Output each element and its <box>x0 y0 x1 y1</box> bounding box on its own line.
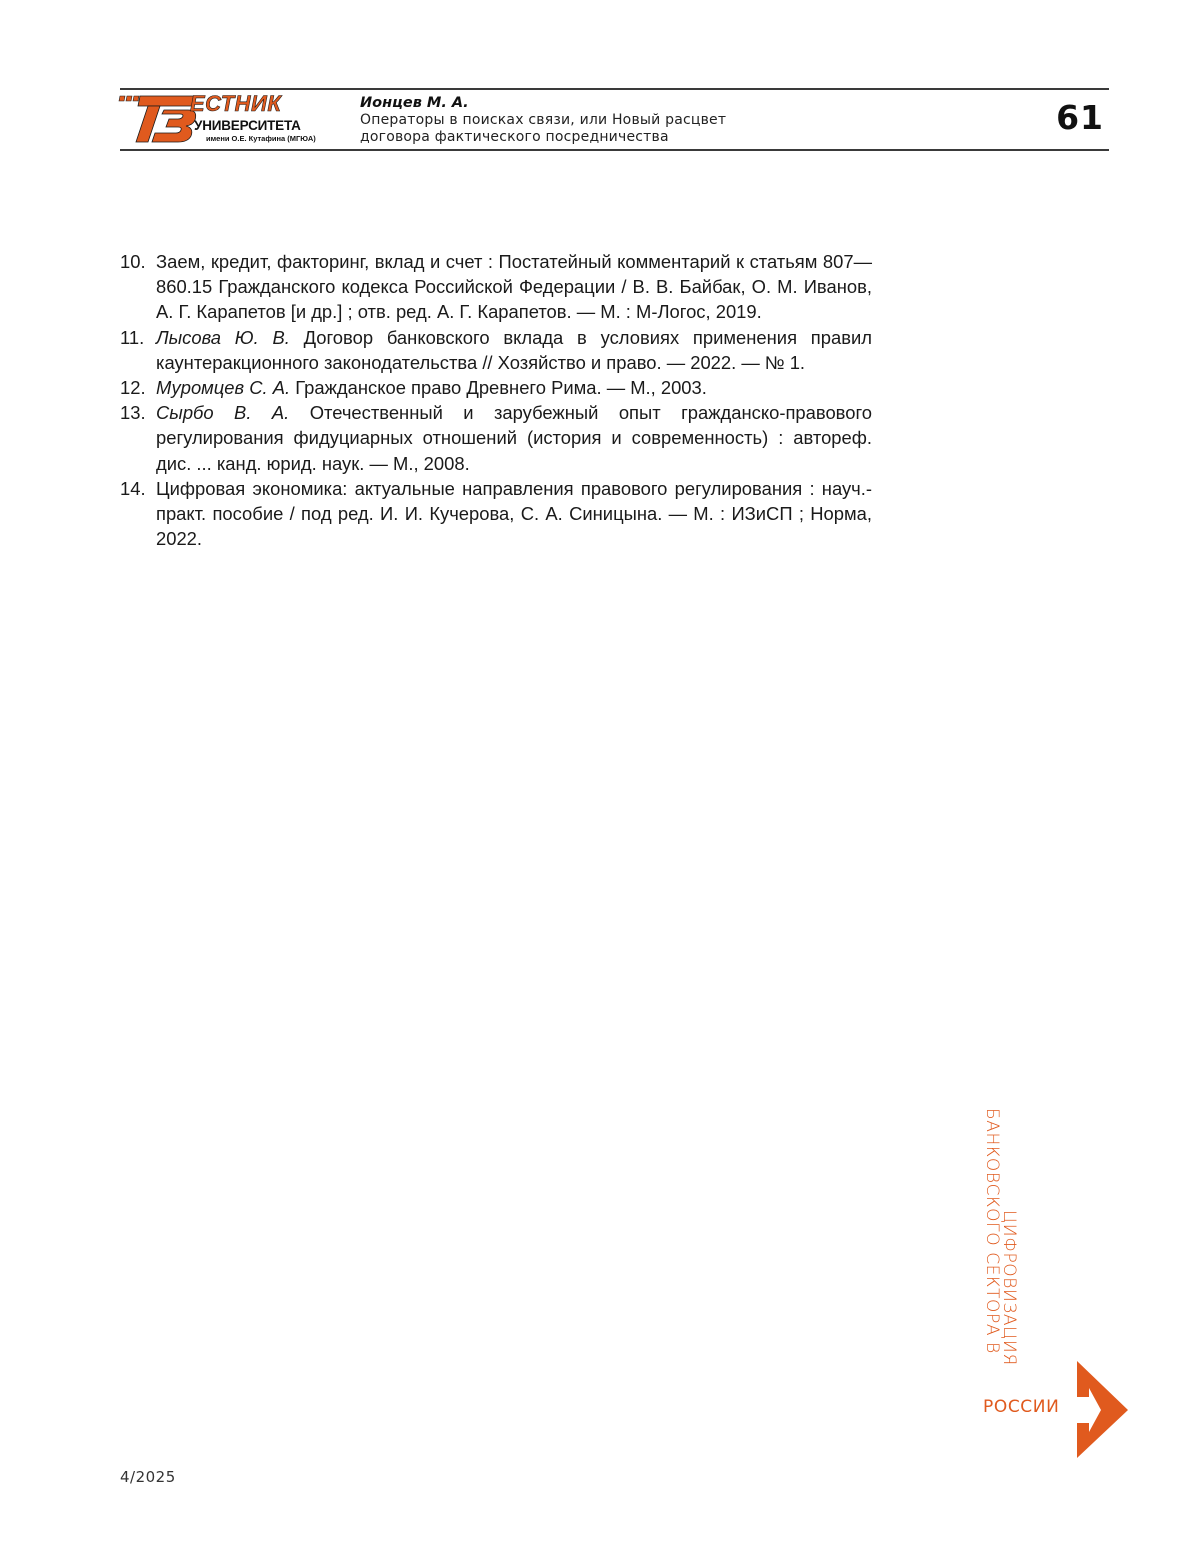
reference-text: Цифровая экономика: актуальные направлен… <box>156 478 872 549</box>
reference-number: 11. <box>120 325 144 350</box>
reference-item: 13.Сырбо В. А. Отечественный и зарубежны… <box>120 400 872 476</box>
header-top-rule <box>120 88 1109 90</box>
logo-subtitle-university: имени О.Е. Кутафина (МГЮА) <box>206 135 316 143</box>
page-number: 61 <box>1056 98 1104 138</box>
reference-number: 12. <box>120 375 146 400</box>
reference-author: Лысова Ю. В. <box>156 327 290 348</box>
running-head-title-line2: договора фактического посредничества <box>360 129 880 146</box>
reference-item: 14.Цифровая экономика: актуальные направ… <box>120 476 872 552</box>
reference-text: Заем, кредит, факторинг, вклад и счет : … <box>156 251 872 322</box>
logo-v-icon <box>118 92 198 146</box>
logo-subtitle: УНИВЕРСИТЕТА <box>194 119 301 133</box>
reference-author: Сырбо В. А. <box>156 402 289 423</box>
reference-number: 10. <box>120 249 146 274</box>
logo-title: ЕСТНИК <box>190 93 281 115</box>
header-bottom-rule <box>120 149 1109 151</box>
reference-text: Гражданское право Древнего Рима. — М., 2… <box>290 377 707 398</box>
running-head-title-line1: Операторы в поисках связи, или Новый рас… <box>360 112 880 129</box>
reference-item: 11.Лысова Ю. В. Договор банковского вкла… <box>120 325 872 375</box>
issue-number: 4/2025 <box>120 1468 176 1486</box>
reference-item: 10.Заем, кредит, факторинг, вклад и счет… <box>120 249 872 325</box>
section-marker-line1: ЦИФРОВИЗАЦИЯ <box>1000 1210 1017 1366</box>
journal-logo: ЕСТНИК УНИВЕРСИТЕТА имени О.Е. Кутафина … <box>118 92 323 146</box>
reference-number: 14. <box>120 476 146 501</box>
section-marker-line3: РОССИИ <box>983 1399 1059 1416</box>
references-list: 10.Заем, кредит, факторинг, вклад и счет… <box>120 249 872 551</box>
reference-number: 13. <box>120 400 146 425</box>
reference-item: 12.Муромцев С. А. Гражданское право Древ… <box>120 375 872 400</box>
section-marker-line2: БАНКОВСКОГО СЕКТОРА В <box>983 1108 1000 1354</box>
running-head: Ионцев М. А. Операторы в поисках связи, … <box>360 95 880 146</box>
running-head-author: Ионцев М. А. <box>360 95 880 112</box>
section-marker: ЦИФРОВИЗАЦИЯ БАНКОВСКОГО СЕКТОРА В РОССИ… <box>0 0 1200 1560</box>
arrow-right-icon <box>1077 1361 1129 1459</box>
reference-author: Муромцев С. А. <box>156 377 290 398</box>
